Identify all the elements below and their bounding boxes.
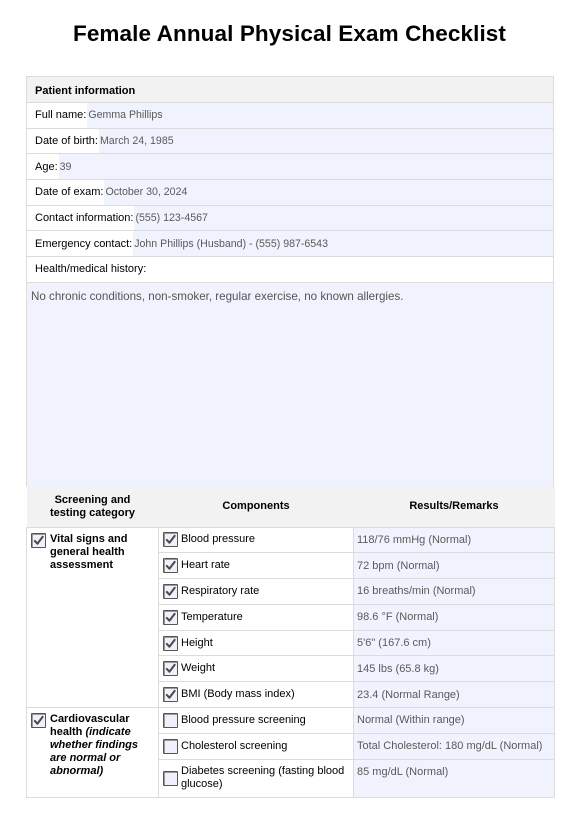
category-note: (indicate whether findings are normal or… [50,726,138,777]
date-of-exam-field[interactable]: October 30, 2024 [104,180,553,205]
component-cell: BMI (Body mass index) [159,682,354,708]
contact-information-row: Contact information: (555) 123-4567 [27,206,553,232]
screening-table: Screening and testing category Component… [26,487,555,798]
age-row: Age: 39 [27,154,553,180]
component-label: Diabetes screening (fasting blood glucos… [181,765,349,791]
component-label: Cholesterol screening [181,740,287,753]
component-checkbox[interactable] [163,771,178,786]
result-field[interactable]: 16 breaths/min (Normal) [354,579,555,605]
result-field[interactable]: 118/76 mmHg (Normal) [354,527,555,553]
component-cell: Cholesterol screening [159,733,354,759]
full-name-field[interactable]: Gemma Phillips [87,103,553,128]
emergency-contact-label: Emergency contact: [27,231,133,256]
header-category: Screening and testing category [27,487,159,527]
patient-information-header: Patient information [27,77,553,103]
result-field[interactable]: Normal (Within range) [354,708,555,734]
medical-history-label: Health/medical history: [27,257,553,282]
category-checkbox[interactable] [31,533,46,548]
component-cell: Heart rate [159,553,354,579]
result-field[interactable]: 23.4 (Normal Range) [354,682,555,708]
component-checkbox[interactable] [163,610,178,625]
checkmark-icon [165,586,176,597]
checkmark-icon [165,663,176,674]
category-cell: Cardiovascular health (indicate whether … [27,708,159,798]
category-cell: Vital signs and general health assessmen… [27,527,159,708]
component-checkbox[interactable] [163,532,178,547]
result-field[interactable]: 145 lbs (65.8 kg) [354,656,555,682]
date-of-birth-label: Date of birth: [27,129,99,154]
component-cell: Blood pressure screening [159,708,354,734]
component-cell: Diabetes screening (fasting blood glucos… [159,759,354,797]
table-header-row: Screening and testing category Component… [27,487,555,527]
category-checkbox[interactable] [31,713,46,728]
header-results: Results/Remarks [354,487,555,527]
component-label: Weight [181,662,215,675]
full-name-row: Full name: Gemma Phillips [27,103,553,129]
component-checkbox[interactable] [163,739,178,754]
component-cell: Height [159,630,354,656]
checkmark-icon [165,612,176,623]
result-field[interactable]: 85 mg/dL (Normal) [354,759,555,797]
contact-information-label: Contact information: [27,206,134,231]
result-field[interactable]: 72 bpm (Normal) [354,553,555,579]
checkmark-icon [165,560,176,571]
checkmark-icon [33,535,44,546]
component-label: Temperature [181,611,243,624]
age-field[interactable]: 39 [59,154,553,179]
component-label: Blood pressure screening [181,714,306,727]
component-checkbox[interactable] [163,661,178,676]
component-cell: Weight [159,656,354,682]
component-checkbox[interactable] [163,558,178,573]
emergency-contact-field[interactable]: John Phillips (Husband) - (555) 987-6543 [133,231,553,256]
checkmark-icon [165,689,176,700]
header-components: Components [159,487,354,527]
component-checkbox[interactable] [163,584,178,599]
checkmark-icon [165,638,176,649]
category-label: Vital signs and general health assessmen… [50,533,154,572]
result-field[interactable]: 5'6" (167.6 cm) [354,630,555,656]
date-of-exam-label: Date of exam: [27,180,104,205]
component-label: Height [181,637,213,650]
component-cell: Temperature [159,604,354,630]
table-row: Vital signs and general health assessmen… [27,527,555,553]
patient-information-section: Patient information Full name: Gemma Phi… [26,76,554,487]
result-field[interactable]: Total Cholesterol: 180 mg/dL (Normal) [354,733,555,759]
age-label: Age: [27,154,59,179]
date-of-birth-field[interactable]: March 24, 1985 [99,129,553,154]
full-name-label: Full name: [27,103,87,128]
component-cell: Blood pressure [159,527,354,553]
category-label: Cardiovascular health (indicate whether … [50,713,154,778]
checkmark-icon [165,534,176,545]
date-of-birth-row: Date of birth: March 24, 1985 [27,129,553,155]
component-checkbox[interactable] [163,687,178,702]
component-label: Heart rate [181,559,230,572]
result-field[interactable]: 98.6 °F (Normal) [354,604,555,630]
component-label: BMI (Body mass index) [181,688,295,701]
component-label: Blood pressure [181,533,255,546]
checkmark-icon [33,715,44,726]
component-checkbox[interactable] [163,636,178,651]
component-cell: Respiratory rate [159,579,354,605]
component-checkbox[interactable] [163,713,178,728]
date-of-exam-row: Date of exam: October 30, 2024 [27,180,553,206]
table-row: Cardiovascular health (indicate whether … [27,708,555,734]
contact-information-field[interactable]: (555) 123-4567 [134,206,553,231]
page-title: Female Annual Physical Exam Checklist [0,21,579,47]
medical-history-row: Health/medical history: [27,257,553,283]
emergency-contact-row: Emergency contact: John Phillips (Husban… [27,231,553,257]
component-label: Respiratory rate [181,585,259,598]
medical-history-field[interactable]: No chronic conditions, non-smoker, regul… [27,283,553,487]
